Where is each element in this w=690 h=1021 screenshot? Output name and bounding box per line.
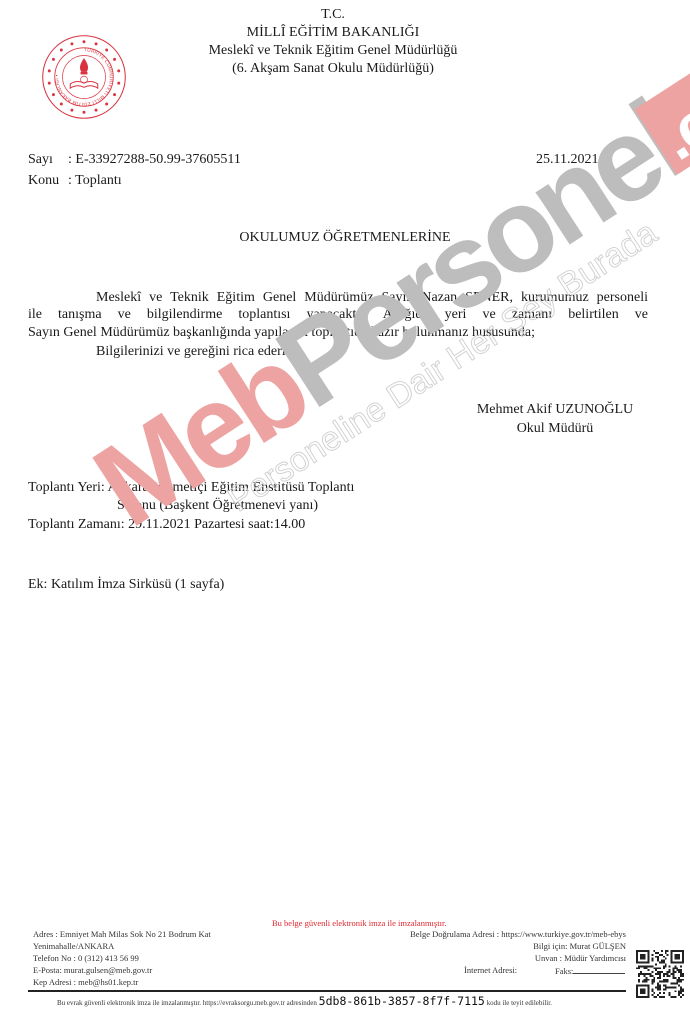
footer-address-2: Yenimahalle/ANKARA [33, 941, 114, 951]
konu-value: : Toplantı [68, 173, 122, 189]
footer-address-1: Adres : Emniyet Mah Milas Sok No 21 Bodr… [33, 929, 211, 939]
body-line-2: ile tanışma ve bilgilendirme toplantısı … [28, 307, 648, 323]
body-line-1: Meslekî ve Teknik Eğitim Genel Müdürümüz… [96, 290, 648, 306]
footer-kep: Kep Adresi : meb@hs01.kep.tr [33, 977, 138, 987]
verify-code: 5db8-861b-3857-8f7f-7115 [319, 994, 485, 1008]
footer-faks-label: Faks: [555, 966, 573, 976]
header-ministry: MİLLÎ EĞİTİM BAKANLIĞI [208, 25, 458, 41]
header-school: (6. Akşam Sanat Okulu Müdürlüğü) [188, 61, 478, 77]
footer-unvan: Unvan : Müdür Yardımcısı [376, 953, 626, 963]
footer-internet: İnternet Adresi: [464, 965, 517, 975]
verify-suffix: kodu ile teyit edilebilir. [487, 999, 552, 1007]
header-tc: T.C. [258, 7, 408, 23]
meeting-place-line-1: Toplantı Yeri: Ankara Hizmetiçi Eğitim E… [28, 480, 354, 496]
body-closing: Bilgilerinizi ve gereğini rica ederim. [96, 344, 300, 360]
meeting-time: Toplantı Zamanı: 29.11.2021 Pazartesi sa… [28, 517, 305, 533]
verify-prefix: Bu evrak güvenli elektronik imza ile imz… [57, 999, 317, 1007]
signatory-name: Mehmet Akif UZUNOĞLU [470, 402, 640, 418]
signed-notice: Bu belge güvenli elektronik imza ile imz… [272, 918, 446, 928]
recipient-heading: OKULUMUZ ÖĞRETMENLERİNE [0, 230, 690, 246]
footer-faks: Faks: [555, 965, 625, 976]
footer-phone: Telefon No : 0 (312) 413 56 99 [33, 953, 139, 963]
meb-emblem-icon: TÜRKİYE CUMHURİYETİ MİLLÎ EĞİTİM BAKANLI… [41, 34, 127, 120]
watermark-com: .com [646, 39, 690, 174]
meeting-place-line-2: Salonu (Başkent Öğretmenevi yanı) [117, 498, 318, 514]
body-line-3: Sayın Genel Müdürümüz başkanlığında yapı… [28, 325, 535, 341]
sayi-label: Sayı [28, 152, 53, 168]
header-directorate: Meslekî ve Teknik Eğitim Genel Müdürlüğü [188, 43, 478, 59]
footer-info: Bilgi için: Murat GÜLŞEN [376, 941, 626, 951]
document-date: 25.11.2021 [536, 152, 598, 168]
footer-divider [28, 990, 626, 992]
verify-line: Bu evrak güvenli elektronik imza ile imz… [57, 994, 552, 1008]
konu-label: Konu [28, 173, 59, 189]
attachment-note: Ek: Katılım İmza Sirküsü (1 sayfa) [28, 577, 224, 593]
footer-verify-address[interactable]: Belge Doğrulama Adresi : https://www.tur… [376, 929, 626, 939]
footer-email[interactable]: E-Posta: murat.gulsen@meb.gov.tr [33, 965, 152, 975]
watermark-tagline: Personeline Dair Her Şey Burada [221, 213, 663, 519]
signatory-title: Okul Müdürü [470, 421, 640, 437]
qr-code-icon[interactable] [636, 950, 684, 998]
sayi-value: : E-33927288-50.99-37605511 [68, 152, 241, 168]
watermark-personel: Personel [255, 77, 690, 433]
faks-blank [573, 965, 625, 974]
